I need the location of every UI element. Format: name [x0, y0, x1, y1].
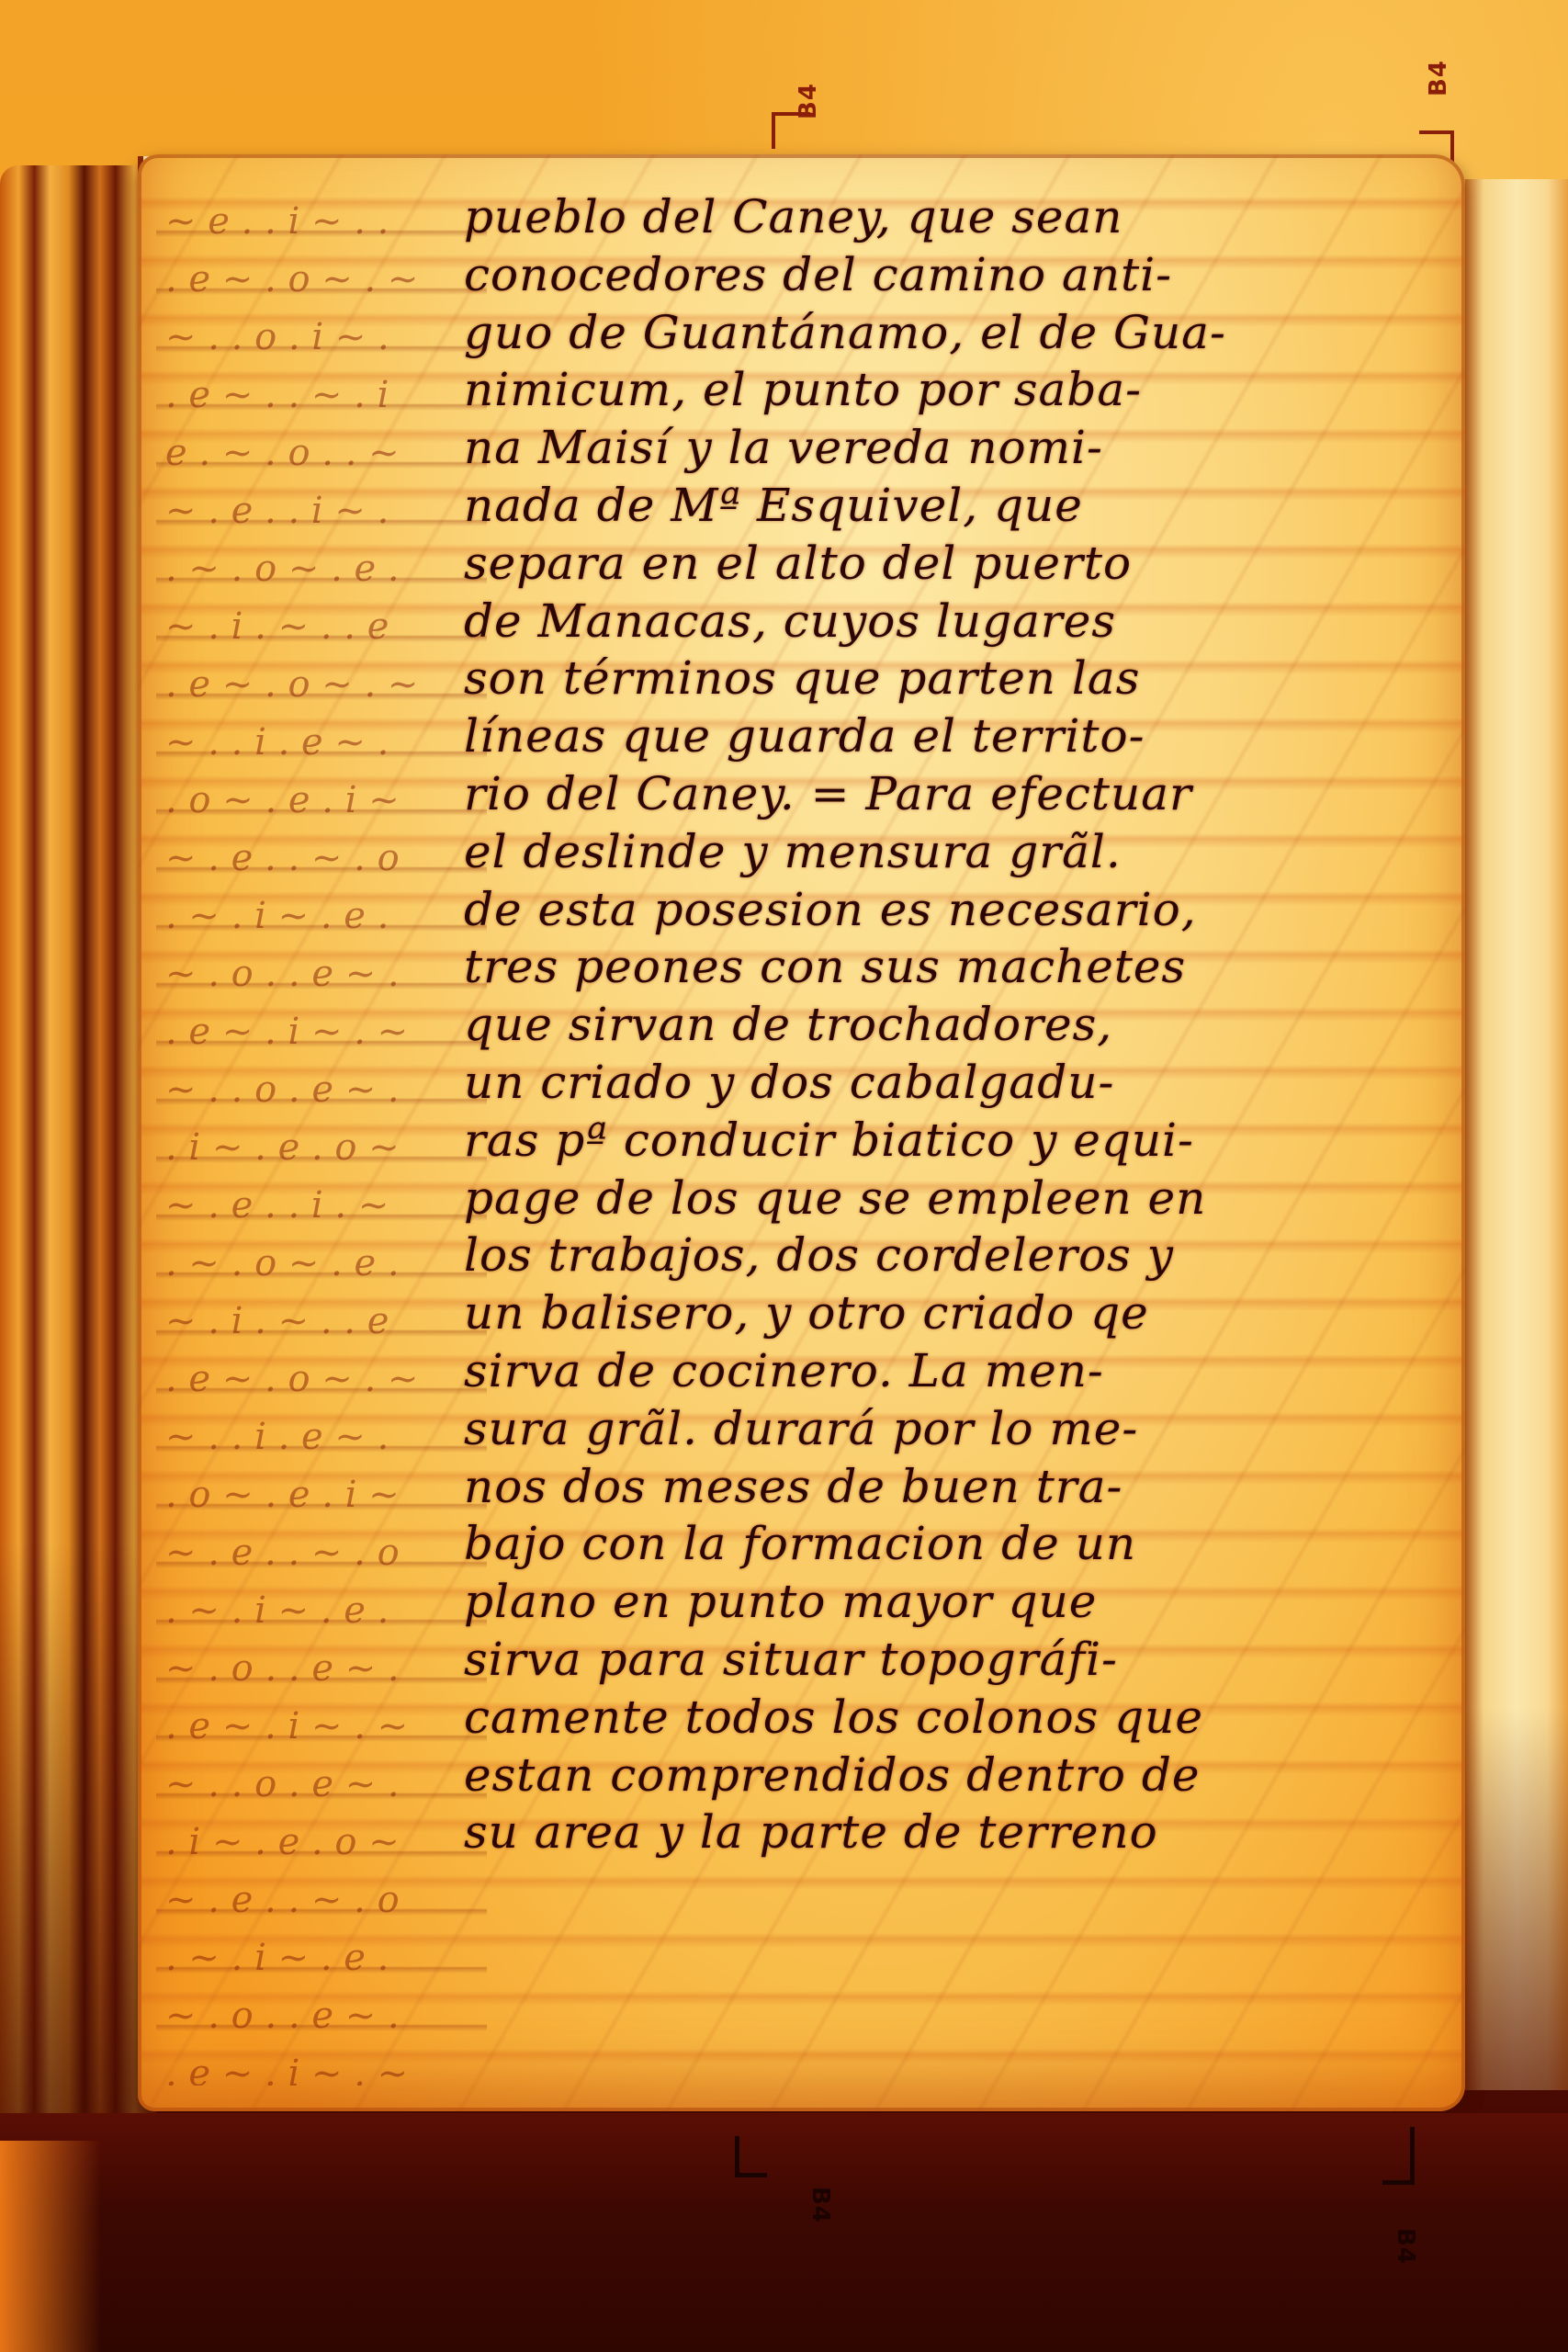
manuscript-line: un criado y dos cabalgadu- — [464, 1054, 1438, 1112]
manuscript-line: separa en el alto del puerto — [464, 535, 1438, 593]
manuscript-line: nos dos meses de buen tra- — [464, 1458, 1438, 1516]
manuscript-text: pueblo del Caney, que sean conocedores d… — [464, 188, 1438, 1861]
manuscript-line: de Manacas, cuyos lugares — [464, 593, 1438, 650]
frame-label-bottom-left: B4 — [807, 2187, 834, 2223]
manuscript-line: sirva para situar topográfi- — [464, 1631, 1438, 1689]
manuscript-line: ras pª conducir biatico y equi- — [464, 1112, 1438, 1170]
manuscript-line: sirva de cocinero. La men- — [464, 1342, 1438, 1400]
manuscript-line: que sirvan de trochadores, — [464, 996, 1438, 1054]
bleed-through-text: ~ e . . i ~ . . . e ~ . o ~ . ~ ~ . . o … — [165, 193, 478, 2086]
manuscript-line: guo de Guantánamo, el de Gua- — [464, 304, 1438, 362]
manuscript-line: plano en punto mayor que — [464, 1573, 1438, 1631]
frame-marker-bottom-left — [735, 2136, 767, 2177]
manuscript-line: conocedores del camino anti- — [464, 246, 1438, 304]
manuscript-line: sura grãl. durará por lo me- — [464, 1400, 1438, 1458]
bottom-shadow-area — [0, 2113, 1568, 2352]
manuscript-line: camente todos los colonos que — [464, 1689, 1438, 1747]
frame-label-top-right: B4 — [1425, 60, 1452, 96]
book-binding-edge — [0, 165, 156, 2131]
manuscript-line: pueblo del Caney, que sean — [464, 188, 1438, 246]
bottom-left-glow — [0, 2141, 101, 2352]
manuscript-line: de esta posesion es necesario, — [464, 881, 1438, 939]
manuscript-line: rio del Caney. = Para efectuar — [464, 765, 1438, 823]
manuscript-line: na Maisí y la vereda nomi- — [464, 419, 1438, 477]
frame-marker-bottom-right — [1382, 2127, 1415, 2185]
manuscript-line: nada de Mª Esquivel, que — [464, 477, 1438, 535]
frame-label-bottom-right: B4 — [1392, 2228, 1419, 2265]
manuscript-line: estan comprendidos dentro de — [464, 1747, 1438, 1804]
manuscript-line: bajo con la formacion de un — [464, 1515, 1438, 1573]
manuscript-line: tres peones con sus machetes — [464, 938, 1438, 996]
right-page-stack — [1465, 179, 1568, 2090]
frame-label-top-left: B4 — [795, 83, 822, 119]
manuscript-line: son términos que parten las — [464, 650, 1438, 707]
manuscript-line: un balisero, y otro criado qe — [464, 1284, 1438, 1342]
manuscript-line: los trabajos, dos cordeleros y — [464, 1227, 1438, 1284]
manuscript-line: nimicum, el punto por saba- — [464, 361, 1438, 419]
manuscript-line: page de los que se empleen en — [464, 1170, 1438, 1227]
manuscript-line: el deslinde y mensura grãl. — [464, 823, 1438, 881]
manuscript-line: su area y la parte de terreno — [464, 1804, 1438, 1861]
manuscript-line: líneas que guarda el territo- — [464, 707, 1438, 765]
